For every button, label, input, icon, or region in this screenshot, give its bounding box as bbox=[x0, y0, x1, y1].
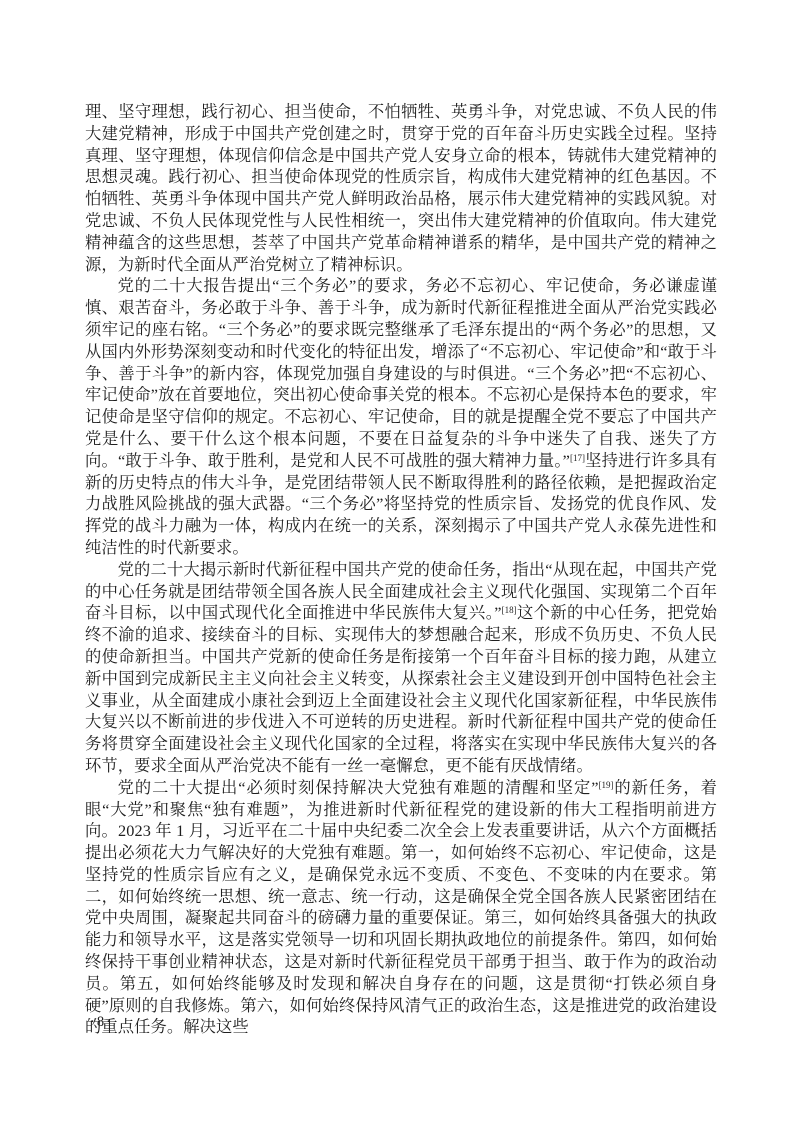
paragraph-text: 党的二十大报告提出“三个务必”的要求，务必不忘初心、牢记使命，务必谦虚谨慎、艰苦… bbox=[85, 276, 717, 469]
para-4: 党的二十大提出“必须时刻保持解决大党独有难题的清醒和坚定”[19]的新任务，着眼… bbox=[85, 777, 717, 1039]
document-page: 理、坚守理想，践行初心、担当使命，不怕牺牲、英勇斗争，对党忠诚、不负人民的伟大建… bbox=[0, 0, 793, 1122]
footnote-ref: [19] bbox=[599, 780, 614, 790]
footnote-ref: [17] bbox=[570, 453, 585, 463]
para-1: 理、坚守理想，践行初心、担当使命，不怕牺牲、英勇斗争，对党忠诚、不负人民的伟大建… bbox=[85, 101, 717, 275]
body-text-block: 理、坚守理想，践行初心、担当使命，不怕牺牲、英勇斗争，对党忠诚、不负人民的伟大建… bbox=[85, 101, 717, 1038]
page-number: ·8· bbox=[90, 1014, 113, 1031]
para-3: 党的二十大揭示新时代新征程中国共产党的使命任务，指出“从现在起，中国共产党的中心… bbox=[85, 559, 717, 777]
paragraph-text: 理、坚守理想，践行初心、担当使命，不怕牺牲、英勇斗争，对党忠诚、不负人民的伟大建… bbox=[85, 102, 717, 274]
paragraph-text: 的新任务，着眼“大党”和聚焦“独有难题”，为推进新时代新征程党的建设新的伟大工程… bbox=[85, 778, 717, 1037]
para-2: 党的二十大报告提出“三个务必”的要求，务必不忘初心、牢记使命，务必谦虚谨慎、艰苦… bbox=[85, 275, 717, 558]
footnote-ref: [18] bbox=[502, 605, 517, 615]
paragraph-text: 这个新的中心任务，把党始终不渝的追求、接续奋斗的目标、实现伟大的梦想融合起来，形… bbox=[85, 603, 717, 775]
paragraph-text: 党的二十大提出“必须时刻保持解决大党独有难题的清醒和坚定” bbox=[118, 778, 599, 797]
